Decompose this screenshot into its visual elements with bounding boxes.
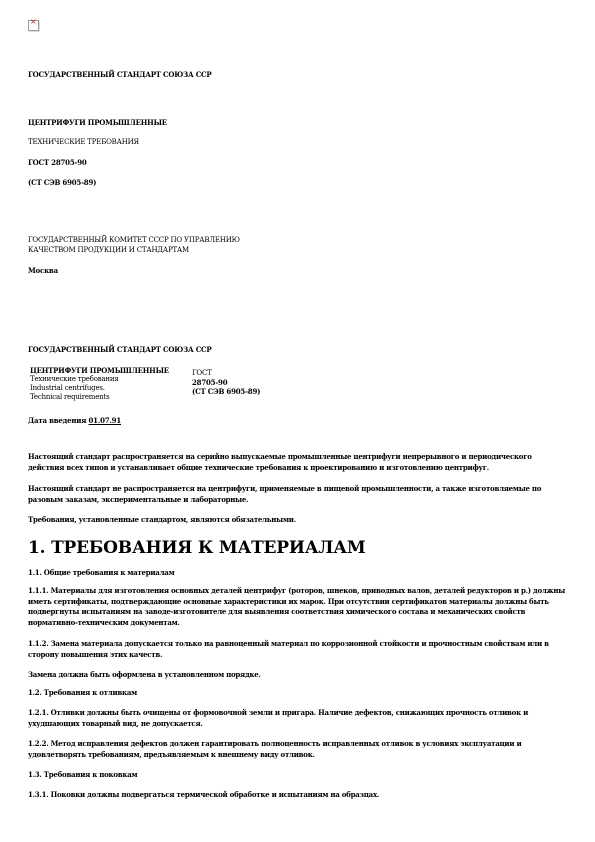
document-subtitle: ТЕХНИЧЕСКИЕ ТРЕБОВАНИЯ <box>28 138 139 147</box>
section-item: 1.1.1. Материалы для изготовления основн… <box>28 586 568 628</box>
state-standard-heading: ГОСУДАРСТВЕННЫЙ СТАНДАРТ СОЮЗА ССР <box>28 70 212 79</box>
title-block-left: ЦЕНТРИФУГИ ПРОМЫШЛЕННЫЕ Технические треб… <box>30 366 169 402</box>
broken-image-icon <box>28 20 39 31</box>
title-block-en-name: Industrial centrifuges. <box>30 384 169 393</box>
intro-paragraph-1: Настоящий стандарт распространяется на с… <box>28 452 568 473</box>
section-item: Замена должна быть оформлена в установле… <box>28 670 568 681</box>
title-block-right: ГОСТ 28705-90 (СТ СЭВ 6905-89) <box>192 369 260 396</box>
effective-date-label: Дата введения <box>28 416 86 425</box>
effective-date: Дата введения 01.07.91 <box>28 416 121 425</box>
title-block-gost-label: ГОСТ <box>192 369 260 378</box>
title-block-en-sub: Technical requirements <box>30 393 169 402</box>
section-item: 1.2.2. Метод исправления дефектов должен… <box>28 739 568 760</box>
section-heading: 1. ТРЕБОВАНИЯ К МАТЕРИАЛАМ <box>28 538 365 558</box>
section-item: 1.1.2. Замена материала допускается толь… <box>28 639 568 660</box>
section-item: 1.3. Требования к поковкам <box>28 770 568 781</box>
city: Москва <box>28 266 58 275</box>
section-item: 1.3.1. Поковки должны подвергаться терми… <box>28 790 568 801</box>
title-block-standard: ГОСУДАРСТВЕННЫЙ СТАНДАРТ СОЮЗА ССР <box>28 345 212 354</box>
title-block-name: ЦЕНТРИФУГИ ПРОМЫШЛЕННЫЕ <box>30 366 169 375</box>
intro-paragraph-2: Настоящий стандарт не распространяется н… <box>28 484 568 505</box>
effective-date-link[interactable]: 01.07.91 <box>89 416 122 425</box>
committee-line-2: КАЧЕСТВОМ ПРОДУКЦИИ И СТАНДАРТАМ <box>28 246 189 255</box>
intro-paragraph-3: Требования, установленные стандартом, яв… <box>28 515 568 526</box>
title-block-gost-number: 28705-90 <box>192 378 260 387</box>
section-item: 1.2.1. Отливки должны быть очищены от фо… <box>28 708 568 729</box>
title-block-st-sev: (СТ СЭВ 6905-89) <box>192 387 260 396</box>
gost-number: ГОСТ 28705-90 <box>28 158 87 167</box>
section-item: 1.2. Требования к отливкам <box>28 688 568 699</box>
section-item: 1.1. Общие требования к материалам <box>28 568 568 579</box>
document-title: ЦЕНТРИФУГИ ПРОМЫШЛЕННЫЕ <box>28 118 167 127</box>
title-block-ru-sub: Технические требования <box>30 375 169 384</box>
committee-line-1: ГОСУДАРСТВЕННЫЙ КОМИТЕТ СССР ПО УПРАВЛЕН… <box>28 236 240 245</box>
st-sev-number: (СТ СЭВ 6905-89) <box>28 178 96 187</box>
